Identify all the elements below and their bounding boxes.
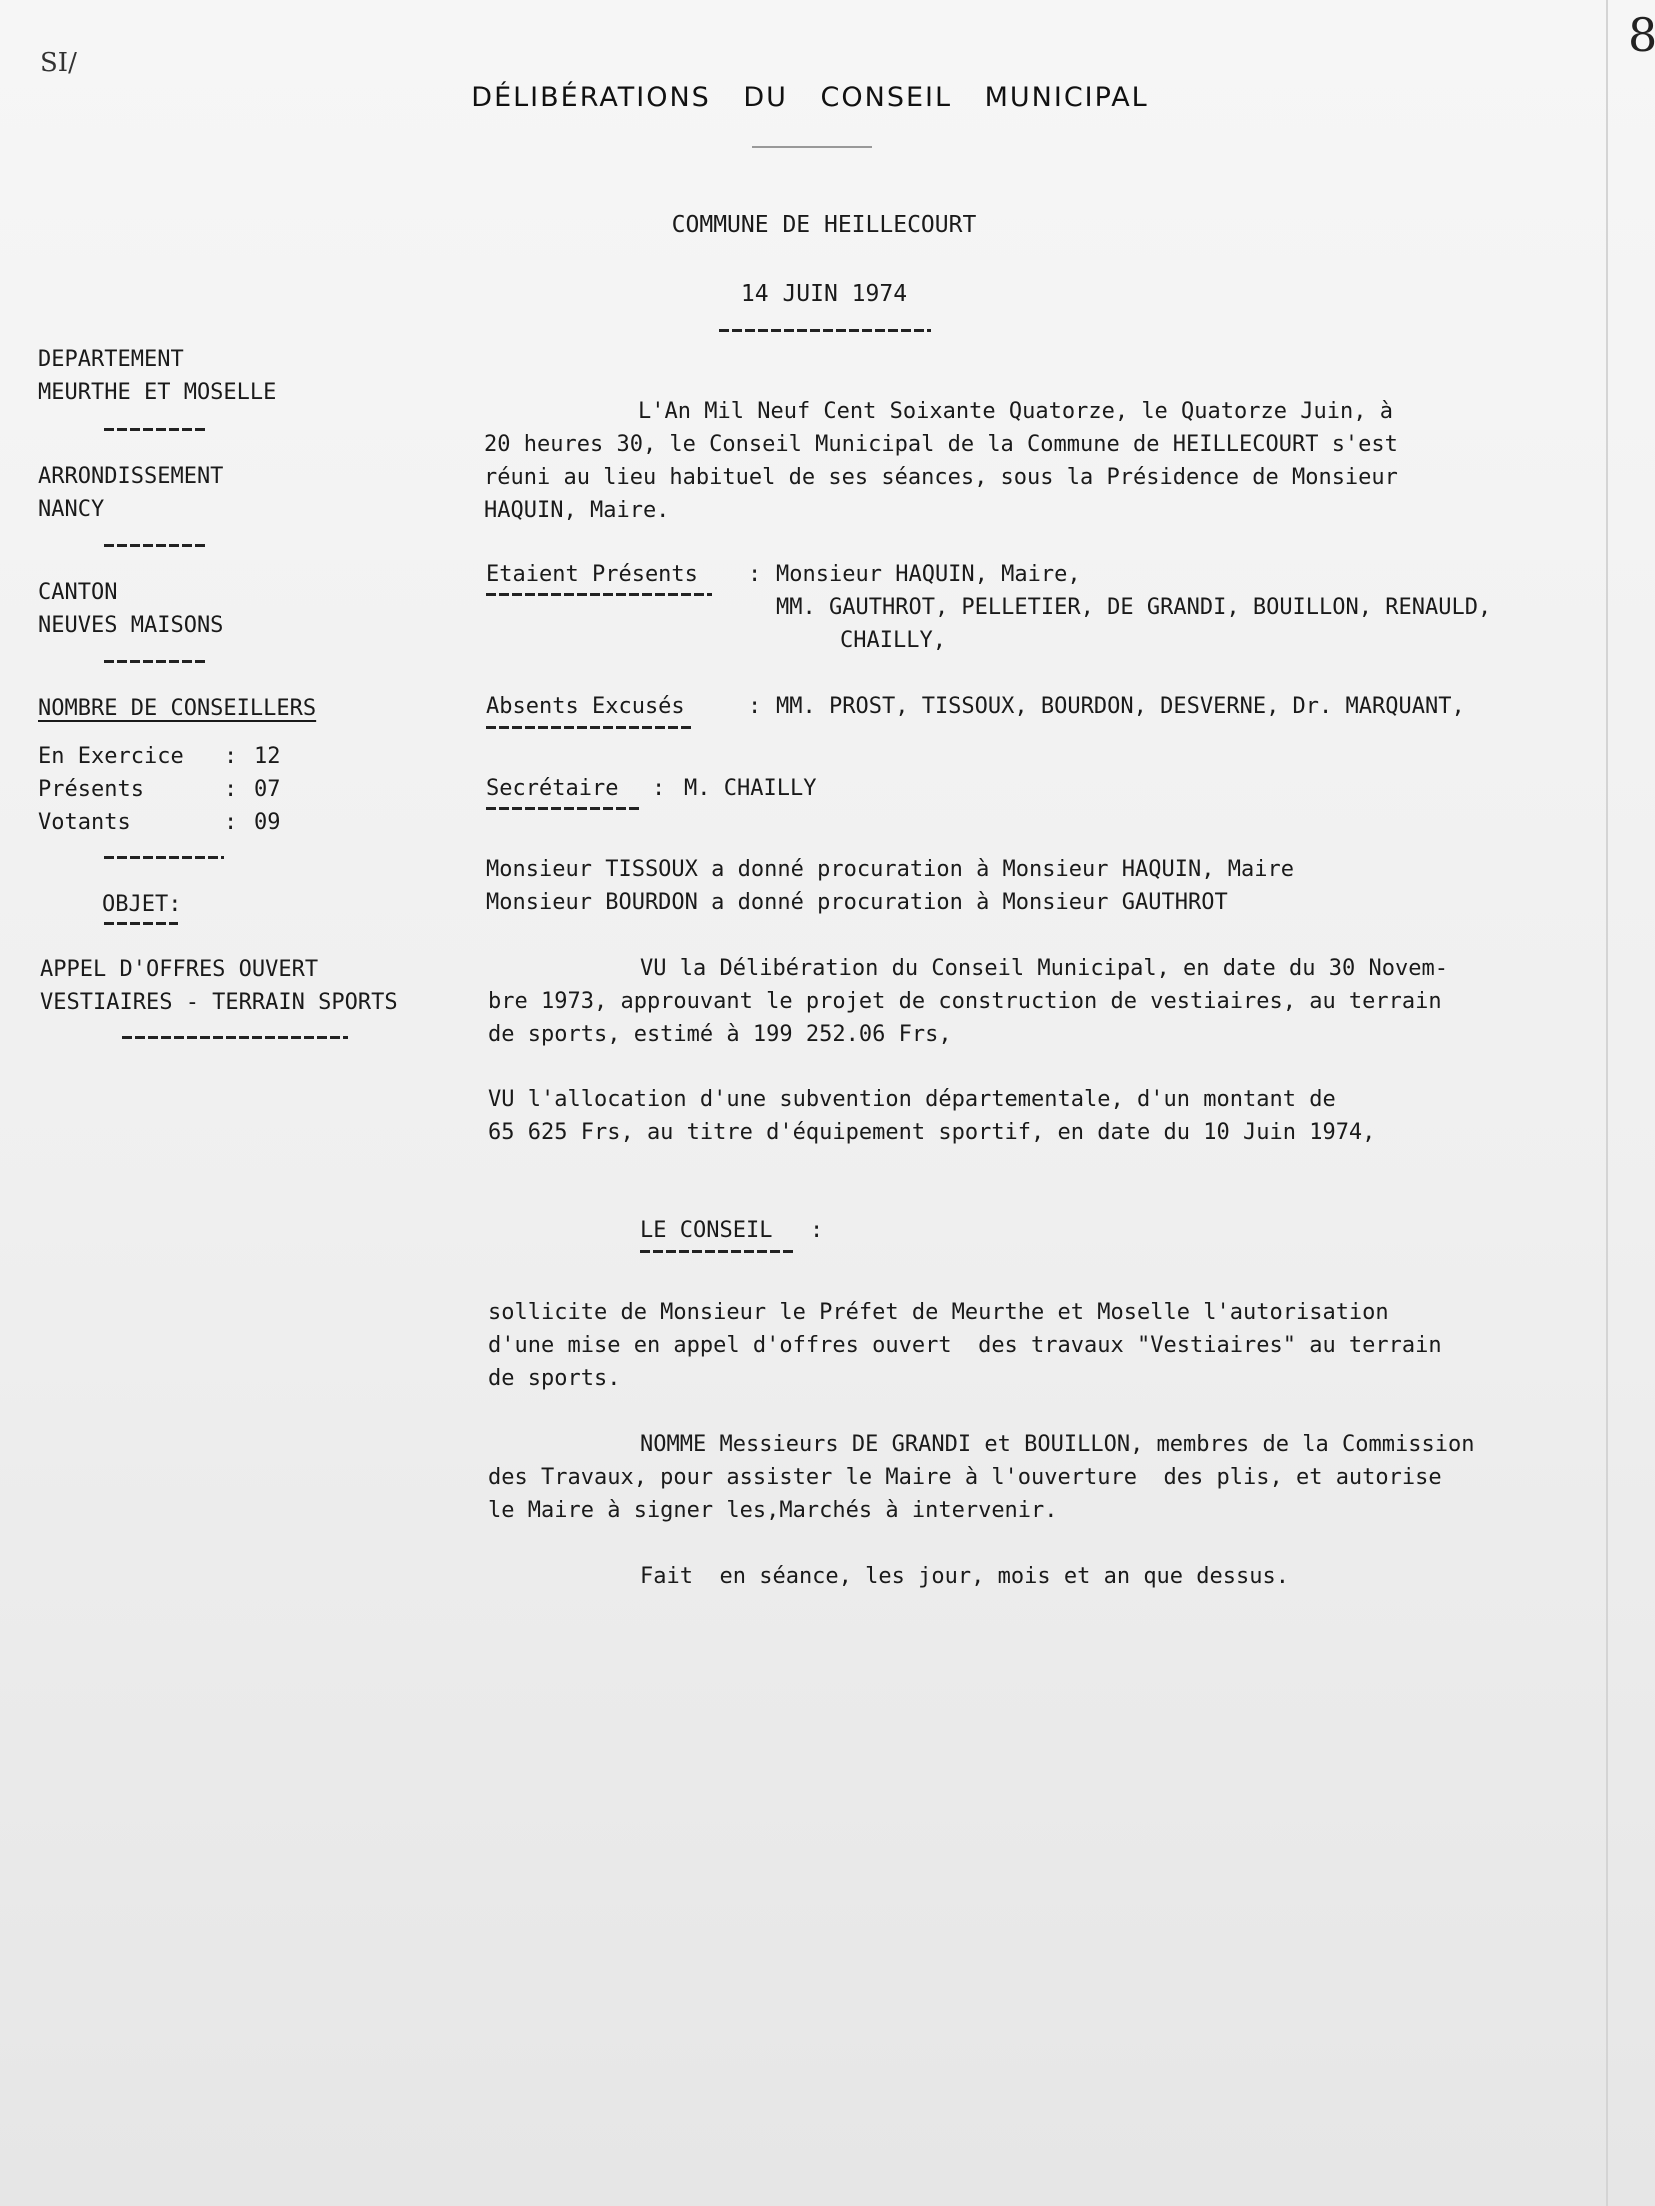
objet-bottom-rule [122,1036,348,1039]
objet-rule [104,922,178,925]
document-reference: SI/ [40,48,77,78]
intro-line: L'An Mil Neuf Cent Soixante Quatorze, le… [638,395,1393,428]
intro-line: 20 heures 30, le Conseil Municipal de la… [484,428,1398,461]
vu2-line: VU l'allocation d'une subvention départe… [488,1083,1336,1116]
absents-colon: : [748,690,761,723]
sollicite-line: d'une mise en appel d'offres ouvert des … [488,1329,1442,1362]
departement-value: MEURTHE ET MOSELLE [38,376,276,409]
vu2-line: 65 625 Frs, au titre d'équipement sporti… [488,1116,1375,1149]
count-value: 12 [254,740,281,773]
absents-label: Absents Excusés [486,690,685,723]
presents-line: CHAILLY, [840,624,946,657]
conseillers-heading: NOMBRE DE CONSEILLERS [38,692,316,725]
secretaire-rule [486,807,642,810]
sidebar-rule [104,428,208,431]
arrondissement-label: ARRONDISSEMENT [38,460,223,493]
vu1-line: de sports, estimé à 199 252.06 Frs, [488,1018,952,1051]
count-label: En Exercice [38,740,184,773]
count-label: Présents [38,773,144,806]
document-title: DÉLIBÉRATIONS DU CONSEIL MUNICIPAL [0,82,1620,113]
procuration-line: Monsieur TISSOUX a donné procuration à M… [486,853,1294,886]
objet-line: APPEL D'OFFRES OUVERT [40,953,318,986]
count-value: 09 [254,806,281,839]
departement-label: DEPARTEMENT [38,343,184,376]
presents-rule [486,593,712,596]
intro-line: HAQUIN, Maire. [484,494,669,527]
presents-line: MM. GAUTHROT, PELLETIER, DE GRANDI, BOUI… [776,591,1491,624]
conseil-heading: LE CONSEIL [640,1214,772,1247]
conseil-rule [640,1250,794,1253]
presents-line: Monsieur HAQUIN, Maire, [776,558,1081,591]
sollicite-line: de sports. [488,1362,620,1395]
secretaire-value: M. CHAILLY [684,772,816,805]
canton-label: CANTON [38,576,117,609]
sidebar-rule [104,856,224,859]
count-colon: : [224,740,237,773]
date-rule [719,329,931,332]
vu1-line: bre 1973, approuvant le projet de constr… [488,985,1442,1018]
count-colon: : [224,773,237,806]
presents-label: Etaient Présents [486,558,698,591]
commune-name: COMMUNE DE HEILLECOURT [0,212,1648,238]
nomme-line: NOMME Messieurs DE GRANDI et BOUILLON, m… [640,1428,1474,1461]
arrondissement-value: NANCY [38,493,104,526]
canton-value: NEUVES MAISONS [38,609,223,642]
vu1-line: VU la Délibération du Conseil Municipal,… [640,952,1448,985]
sidebar-rule [104,544,208,547]
meeting-date: 14 JUIN 1974 [0,281,1648,307]
absents-value: MM. PROST, TISSOUX, BOURDON, DESVERNE, D… [776,690,1465,723]
title-rule [752,146,872,148]
objet-heading: OBJET: [102,888,181,921]
count-label: Votants [38,806,131,839]
count-colon: : [224,806,237,839]
objet-line: VESTIAIRES - TERRAIN SPORTS [40,986,398,1019]
nomme-line: des Travaux, pour assister le Maire à l'… [488,1461,1442,1494]
presents-colon: : [748,558,761,591]
conseil-colon: : [810,1214,823,1247]
absents-rule [486,726,694,729]
intro-line: réuni au lieu habituel de ses séances, s… [484,461,1398,494]
nomme-line: le Maire à signer les,Marchés à interven… [488,1494,1058,1527]
sidebar-rule [104,660,208,663]
sollicite-line: sollicite de Monsieur le Préfet de Meurt… [488,1296,1389,1329]
page-number: 8 [1628,8,1655,62]
closing-line: Fait en séance, les jour, mois et an que… [640,1560,1289,1593]
page-edge-line [1606,0,1608,2206]
secretaire-label: Secrétaire [486,772,618,805]
count-value: 07 [254,773,281,806]
procuration-line: Monsieur BOURDON a donné procuration à M… [486,886,1228,919]
secretaire-colon: : [652,772,665,805]
